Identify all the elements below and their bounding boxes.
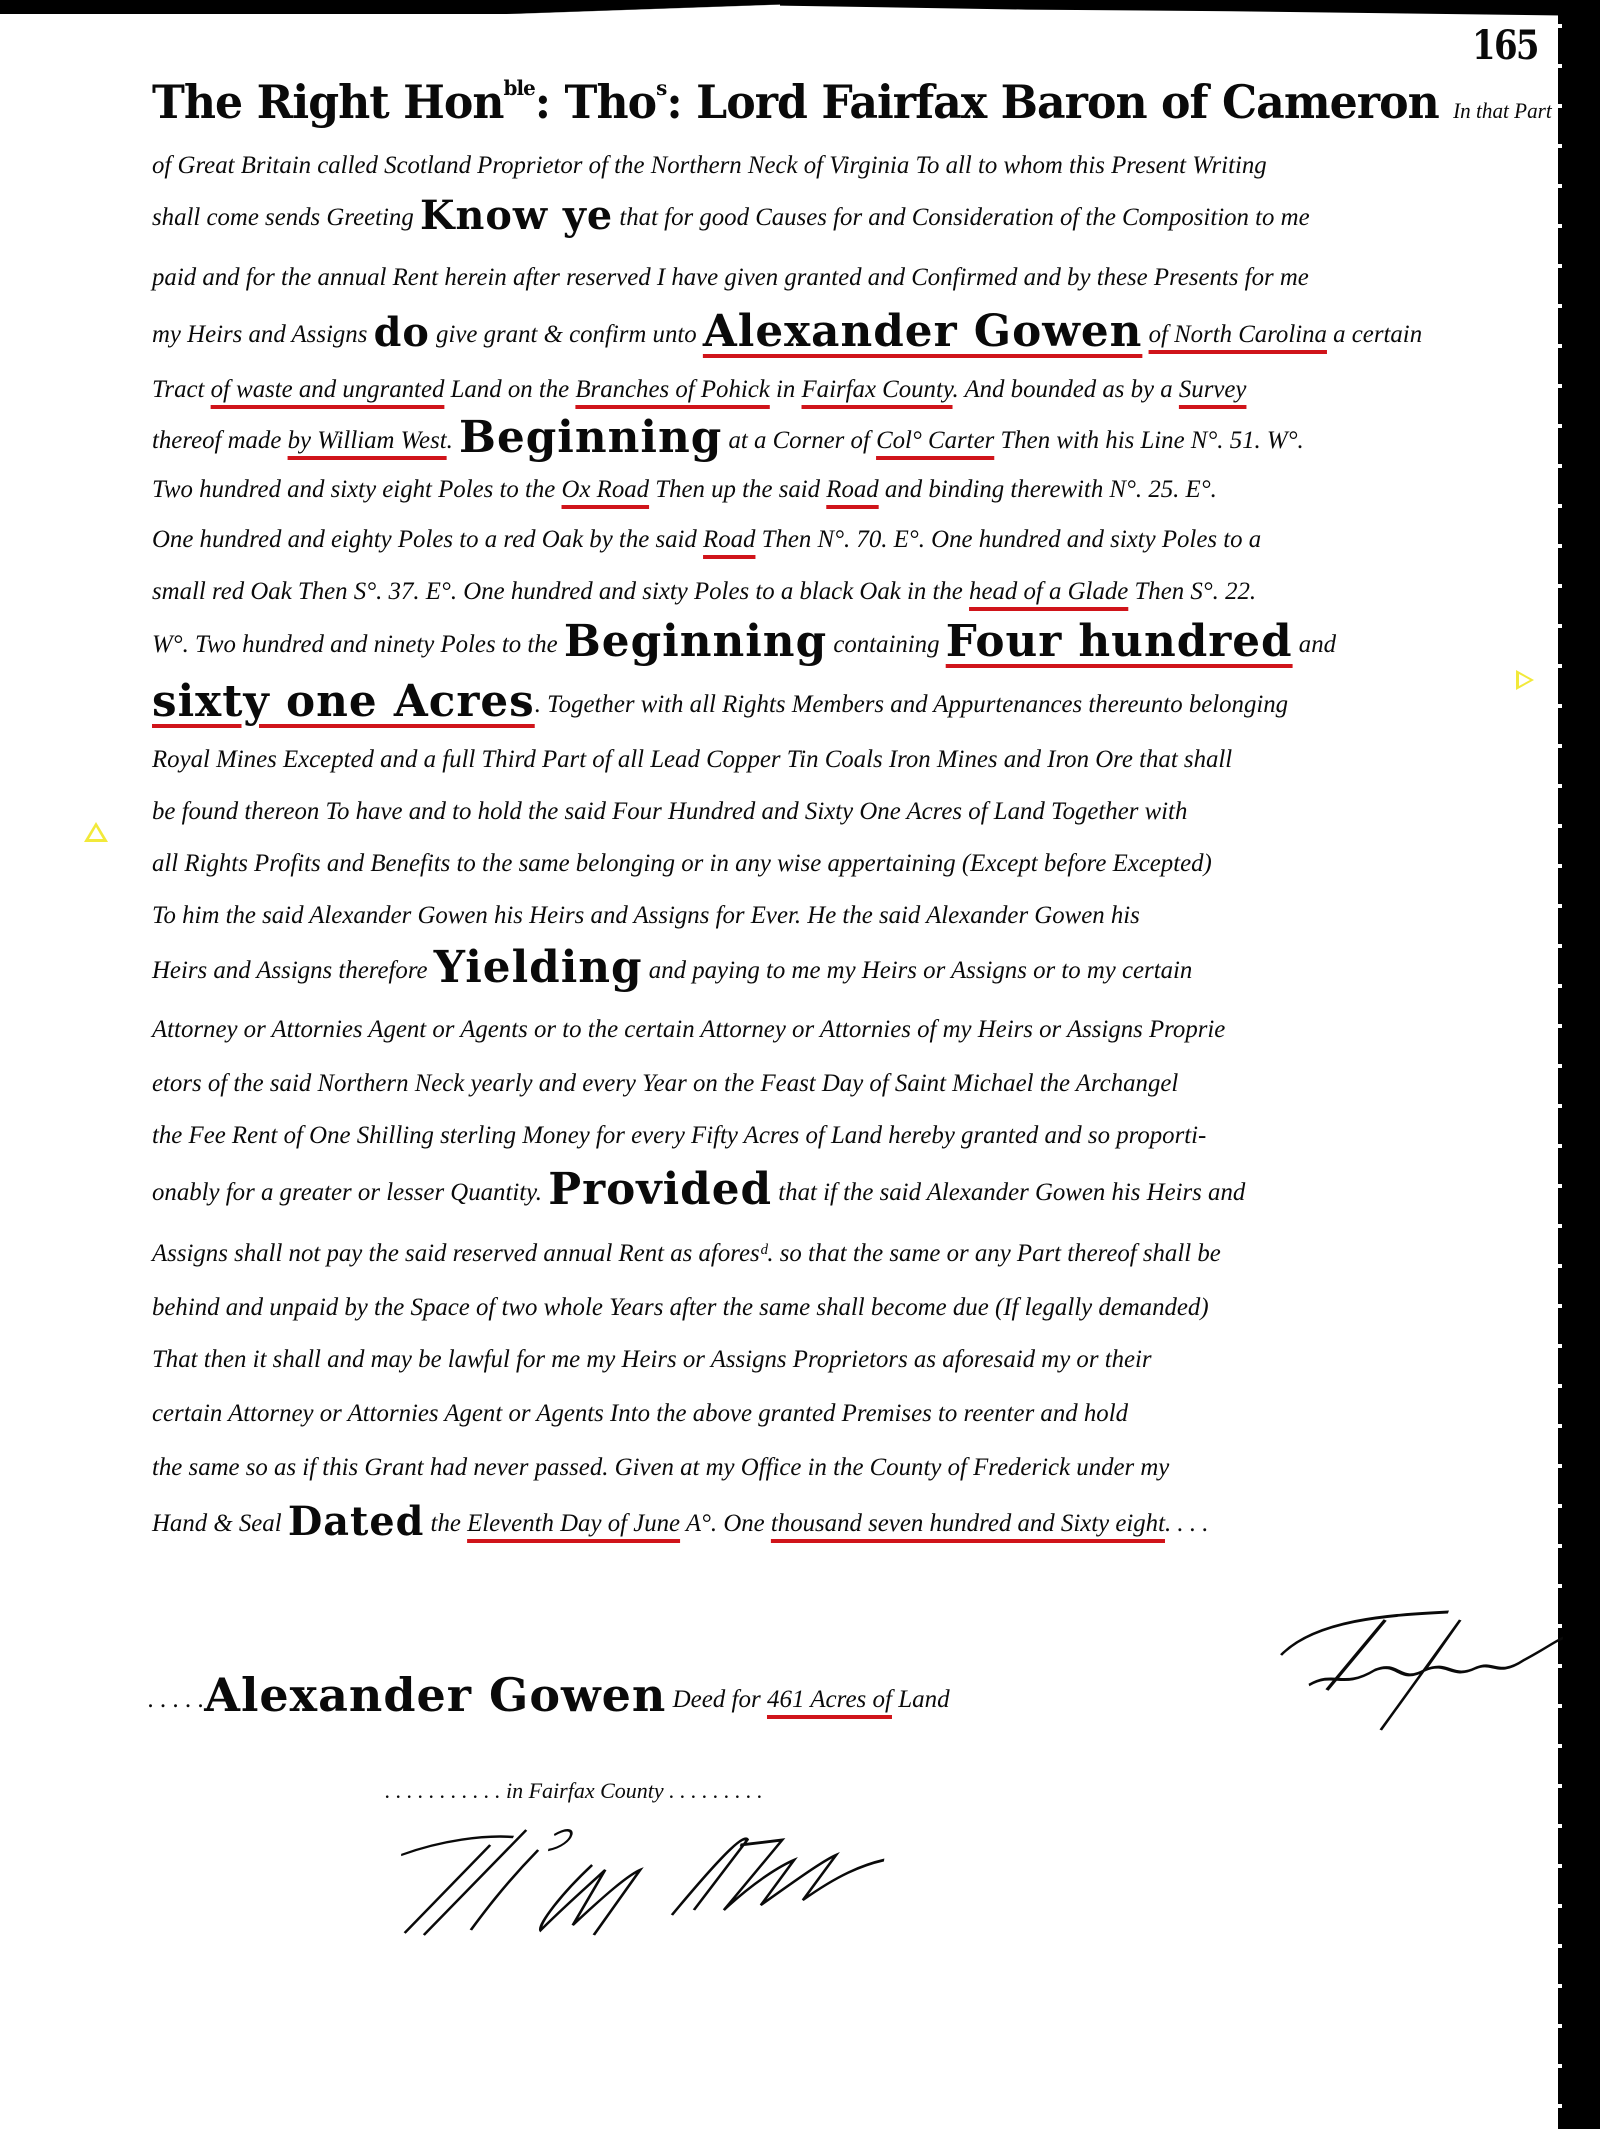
deed-text: Assigns shall not pay the said reserved …	[152, 1240, 1221, 1267]
deed-text: One hundred and eighty Poles to a red Oa…	[152, 526, 703, 553]
yellow-triangle-marker-icon	[84, 822, 108, 842]
deed-text: that for good Causes for and Considerati…	[613, 204, 1309, 231]
deed-line: Royal Mines Excepted and a full Third Pa…	[152, 740, 1552, 780]
signature-clerk-flourish-icon	[352, 1825, 929, 1965]
deed-text: Hand & Seal	[152, 1510, 288, 1537]
deed-text: small red Oak Then S°. 37. E°. One hundr…	[152, 578, 969, 605]
deed-line: To him the said Alexander Gowen his Heir…	[152, 896, 1552, 936]
deed-text: containing	[827, 631, 946, 658]
signature-clerk: Tho° Bry Martin	[352, 1825, 929, 1965]
underlined-phrase: by William West	[288, 427, 447, 454]
deed-text: the Fee Rent of One Shilling sterling Mo…	[152, 1122, 1206, 1149]
yellow-arrowhead-marker-icon	[1516, 670, 1534, 690]
deed-text: W°. Two hundred and ninety Poles to the	[152, 631, 564, 658]
endorsement-deed-prefix: Deed for	[666, 1686, 767, 1713]
deed-line: of Great Britain called Scotland Proprie…	[152, 146, 1552, 186]
deed-text: and paying to me my Heirs or Assigns or …	[643, 957, 1193, 984]
deed-text: my Heirs and Assigns	[152, 321, 374, 348]
endorsement-acreage: 461 Acres of	[767, 1686, 892, 1713]
underlined-gothic-phrase: Four hundred	[946, 616, 1293, 667]
underlined-phrase: head of a Glade	[969, 578, 1128, 605]
endorsement-land-suffix: Land	[892, 1686, 950, 1713]
deed-line: That then it shall and may be lawful for…	[152, 1340, 1552, 1380]
deed-text: at a Corner of	[722, 427, 876, 454]
deed-line: etors of the said Northern Neck yearly a…	[152, 1064, 1552, 1104]
deed-line: Hand & Seal Dated the Eleventh Day of Ju…	[152, 1502, 1552, 1544]
deed-text: all Rights Profits and Benefits to the s…	[152, 850, 1212, 877]
deed-text: That then it shall and may be lawful for…	[152, 1346, 1152, 1373]
deed-line: behind and unpaid by the Space of two wh…	[152, 1288, 1552, 1328]
deed-line: certain Attorney or Attornies Agent or A…	[152, 1394, 1552, 1434]
deed-line: be found thereon To have and to hold the…	[152, 792, 1552, 832]
superscript-abbrev: ble	[504, 76, 535, 100]
deed-line: small red Oak Then S°. 37. E°. One hundr…	[152, 572, 1552, 612]
underlined-phrase: of waste and ungranted	[211, 376, 445, 403]
deed-line: W°. Two hundred and ninety Poles to the …	[152, 622, 1552, 665]
deed-text: To him the said Alexander Gowen his Heir…	[152, 902, 1140, 929]
gothic-heading-word: Know ye	[420, 192, 613, 239]
deed-line: paid and for the annual Rent herein afte…	[152, 258, 1552, 298]
deed-line: my Heirs and Assigns do give grant & con…	[152, 312, 1552, 355]
deed-text: be found thereon To have and to hold the…	[152, 798, 1187, 825]
scan-border-right-edge	[1558, 10, 1562, 2129]
scan-border-right	[1562, 0, 1600, 2129]
deed-line: Two hundred and sixty eight Poles to the…	[152, 470, 1552, 510]
deed-text: Then with his Line N°. 51. W°.	[994, 427, 1303, 454]
deed-text: and	[1293, 631, 1336, 658]
underlined-phrase: Ox Road	[562, 476, 650, 503]
deed-line: sixty one Acres. Together with all Right…	[152, 682, 1552, 725]
deed-text: shall come sends Greeting	[152, 204, 420, 231]
deed-line: The Right Honble: Thos: Lord Fairfax Bar…	[152, 60, 1506, 139]
deed-text: behind and unpaid by the Space of two wh…	[152, 1294, 1209, 1321]
deed-text: Attorney or Attornies Agent or Agents or…	[152, 1016, 1225, 1043]
underlined-phrase: Road	[826, 476, 878, 503]
underlined-phrase: Fairfax County	[802, 376, 953, 403]
deed-text: A°. One	[680, 1510, 771, 1537]
deed-text: . . . .	[1165, 1510, 1208, 1537]
deed-line: the same so as if this Grant had never p…	[152, 1448, 1552, 1488]
deed-text: Two hundred and sixty eight Poles to the	[152, 476, 562, 503]
deed-text: . And bounded as by a	[953, 376, 1179, 403]
deed-line: thereof made by William West. Beginning …	[152, 418, 1552, 461]
deed-text: etors of the said Northern Neck yearly a…	[152, 1070, 1178, 1097]
endorsement-county: . . . . . . . . . . . in Fairfax County …	[385, 1778, 763, 1804]
deed-text: the	[424, 1510, 467, 1537]
deed-text: Then S°. 22.	[1128, 578, 1256, 605]
deed-text: Royal Mines Excepted and a full Third Pa…	[152, 746, 1232, 773]
deed-line: Tract of waste and ungranted Land on the…	[152, 370, 1552, 410]
gothic-heading-word: do	[374, 309, 430, 356]
deed-text: of Great Britain called Scotland Proprie…	[152, 152, 1267, 179]
deed-text: the same so as if this Grant had never p…	[152, 1454, 1169, 1481]
underlined-phrase: Road	[703, 526, 755, 553]
deed-text: Then up the said	[649, 476, 826, 503]
gothic-heading-word: Yielding	[434, 942, 643, 993]
underlined-phrase: of North Carolina	[1149, 321, 1327, 348]
deed-text: that if the said Alexander Gowen his Hei…	[772, 1179, 1245, 1206]
gothic-heading-word: Beginning	[459, 412, 722, 463]
underlined-phrase: Col° Carter	[876, 427, 994, 454]
deed-text: thereof made	[152, 427, 288, 454]
deed-text: in	[770, 376, 802, 403]
title-text: : Tho	[535, 75, 656, 129]
deed-text: Heirs and Assigns therefore	[152, 957, 434, 984]
deed-line: shall come sends Greeting Know ye that f…	[152, 196, 1552, 238]
signature-fairfax: Fairfax	[1227, 1600, 1584, 1740]
deed-text: .	[447, 427, 459, 454]
deed-line: Attorney or Attornies Agent or Agents or…	[152, 1010, 1552, 1050]
superscript-abbrev: s	[656, 76, 666, 100]
deed-text: certain Attorney or Attornies Agent or A…	[152, 1400, 1128, 1427]
underlined-gothic-phrase: sixty one Acres	[152, 676, 535, 727]
endorsement-title: . . . . .Alexander Gowen Deed for 461 Ac…	[148, 1668, 950, 1722]
endorsement-leader: . . . . .	[148, 1686, 204, 1713]
deed-text: and binding therewith N°. 25. E°.	[879, 476, 1217, 503]
deed-line: Heirs and Assigns therefore Yielding and…	[152, 948, 1552, 991]
deed-line: the Fee Rent of One Shilling sterling Mo…	[152, 1116, 1552, 1156]
signature-fairfax-flourish-icon	[1227, 1600, 1584, 1740]
deed-line: Assigns shall not pay the said reserved …	[152, 1234, 1552, 1274]
underlined-gothic-phrase: Alexander Gowen	[703, 306, 1142, 357]
deed-line: onably for a greater or lesser Quantity.…	[152, 1170, 1552, 1213]
gothic-heading-word: Beginning	[564, 616, 827, 667]
deed-line: One hundred and eighty Poles to a red Oa…	[152, 520, 1552, 560]
deed-text: give grant & confirm unto	[430, 321, 703, 348]
deed-text: . Together with all Rights Members and A…	[535, 691, 1288, 718]
deed-text: Land on the	[444, 376, 575, 403]
deed-line: all Rights Profits and Benefits to the s…	[152, 844, 1552, 884]
underlined-phrase: Eleventh Day of June	[467, 1510, 680, 1537]
underlined-phrase: thousand seven hundred and Sixty eight	[771, 1510, 1165, 1537]
underlined-phrase: Survey	[1179, 376, 1247, 403]
deed-text: In that Part	[1453, 98, 1552, 123]
underlined-phrase: Branches of Pohick	[575, 376, 769, 403]
title-text: : Lord Fairfax Baron of Cameron	[666, 75, 1453, 129]
endorsement-name: Alexander Gowen	[204, 1668, 666, 1722]
gothic-heading-word: Provided	[548, 1164, 772, 1215]
deed-text: Then N°. 70. E°. One hundred and sixty P…	[755, 526, 1261, 553]
deed-text: paid and for the annual Rent herein afte…	[152, 264, 1309, 291]
deed-text: a certain	[1327, 321, 1422, 348]
deed-text: onably for a greater or lesser Quantity.	[152, 1179, 548, 1206]
deed-text: Tract	[152, 376, 211, 403]
endorsement-county-text: . . . . . . . . . . . in Fairfax County …	[385, 1778, 763, 1803]
title-text: The Right Hon	[152, 75, 504, 129]
gothic-heading-word: Dated	[288, 1498, 425, 1545]
